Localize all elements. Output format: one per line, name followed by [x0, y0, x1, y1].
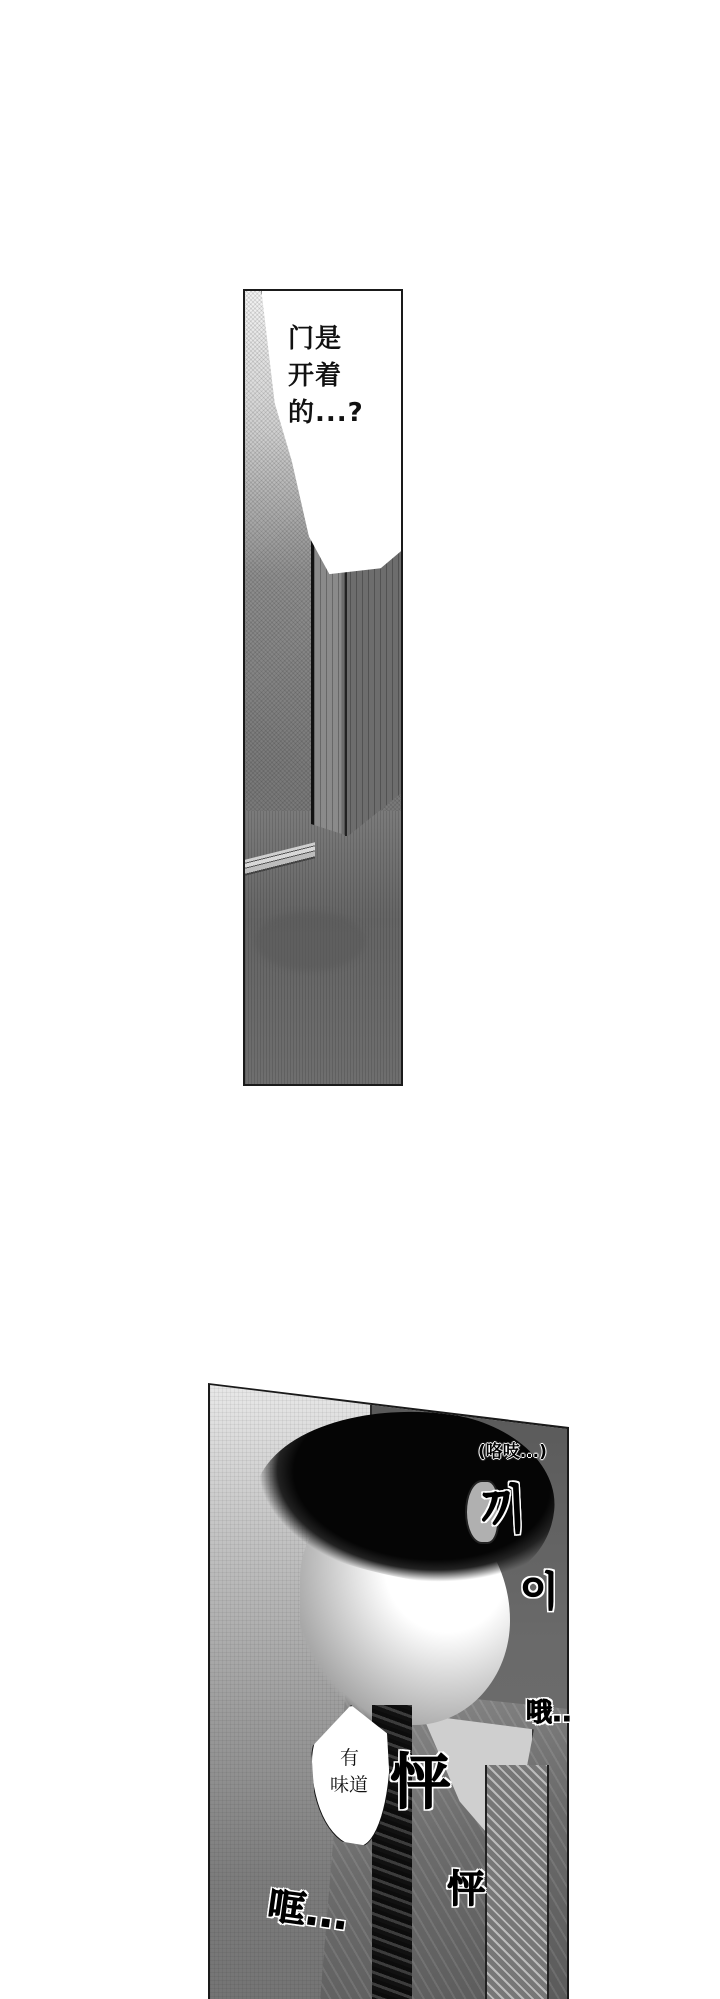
bubble-line: 味道 [330, 1772, 390, 1799]
open-door [311, 536, 403, 836]
bubble-line: 有 [330, 1745, 390, 1772]
floor-shadow [255, 911, 365, 971]
door-edge-line [345, 536, 347, 836]
bubble-line: 门是 [288, 321, 368, 358]
speech-bubble-text: 门是 开着 的...? [288, 321, 368, 432]
sfx-oh: 哦.. [526, 1692, 572, 1729]
sfx-creak: (咯吱...) [478, 1437, 547, 1462]
necktie [485, 1765, 549, 1999]
speech-bubble-text: 有 味道 [330, 1745, 390, 1799]
sfx-heartbeat-small: 怦 [447, 1858, 485, 1913]
bubble-line: 开着 [288, 358, 368, 395]
bubble-line: 的...? [288, 395, 368, 432]
panel-hallway-door: 门是 开着 的...? [243, 289, 403, 1086]
sfx-kki: 끼 [479, 1467, 528, 1545]
sfx-i: 이 [520, 1560, 559, 1617]
sfx-kuang: 哐... [265, 1875, 353, 1941]
sfx-heartbeat-large: 怦 [390, 1735, 450, 1821]
